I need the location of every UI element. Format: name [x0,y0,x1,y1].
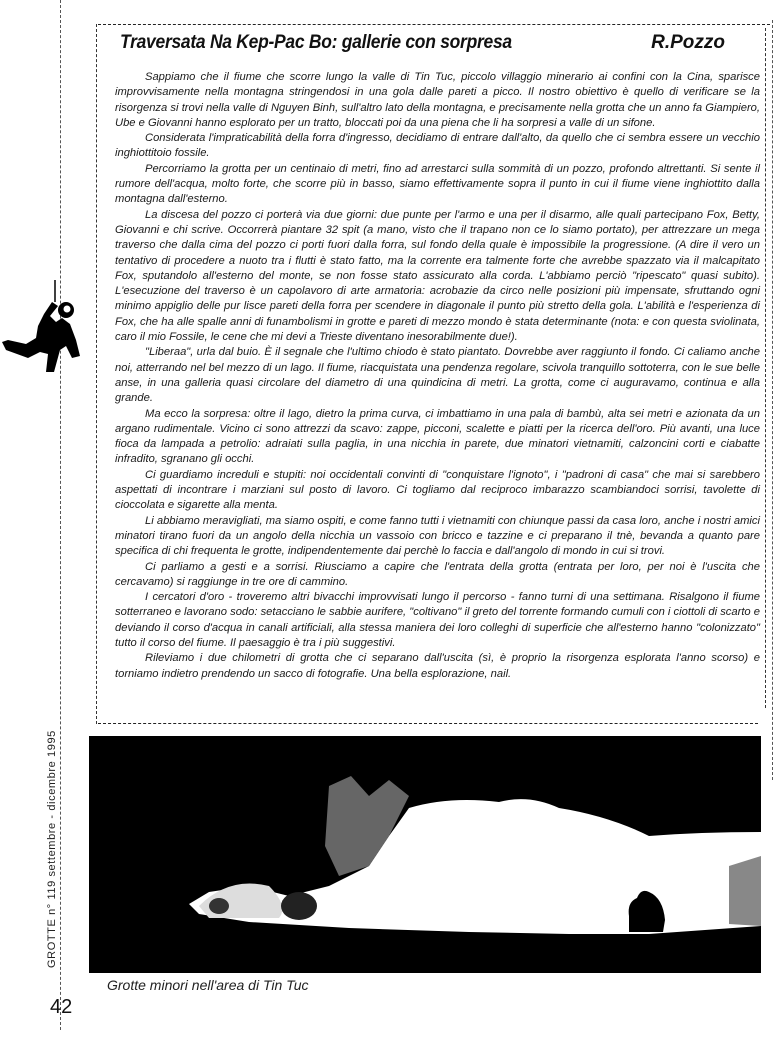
article-title: Traversata Na Kep-Pac Bo: gallerie con s… [120,32,512,54]
paragraph: La discesa del pozzo ci porterà via due … [115,208,760,346]
paragraph: Sappiamo che il fiume che scorre lungo l… [115,70,760,131]
article-author: R.Pozzo [651,32,725,54]
article-body: Sappiamo che il fiume che scorre lungo l… [115,70,760,682]
paragraph: Considerata l'impraticabilità della forr… [115,131,760,162]
paragraph: Percorriamo la grotta per un centinaio d… [115,162,760,208]
paragraph: Ci guardiamo increduli e stupiti: noi oc… [115,468,760,514]
paragraph: Rileviamo i due chilometri di grotta che… [115,651,760,682]
cave-photo [89,736,761,973]
paragraph: Ma ecco la sorpresa: oltre il lago, diet… [115,407,760,468]
issue-info: GROTTE n° 119 settembre - dicembre 1995 [46,730,58,968]
paragraph: "Liberaa", urla dal buio. È il segnale c… [115,345,760,406]
photo-caption: Grotte minori nell'area di Tin Tuc [107,977,308,993]
article-frame-left [96,24,97,724]
page-number: 42 [50,996,72,1019]
page-edge-line [772,20,773,780]
article-frame-right [765,28,766,708]
paragraph: Ci parliamo a gesti e a sorrisi. Riuscia… [115,560,760,591]
article-header: Traversata Na Kep-Pac Bo: gallerie con s… [120,32,745,54]
paragraph: I cercatori d'oro - troveremo altri biva… [115,590,760,651]
magazine-page: Traversata Na Kep-Pac Bo: gallerie con s… [0,0,780,1037]
rappelling-caver-icon [0,280,95,390]
paragraph: Li abbiamo meravigliati, ma siamo ospiti… [115,514,760,560]
article-frame-top [98,24,770,25]
article-frame-bottom [98,723,758,724]
page-edge-line [60,0,61,1030]
